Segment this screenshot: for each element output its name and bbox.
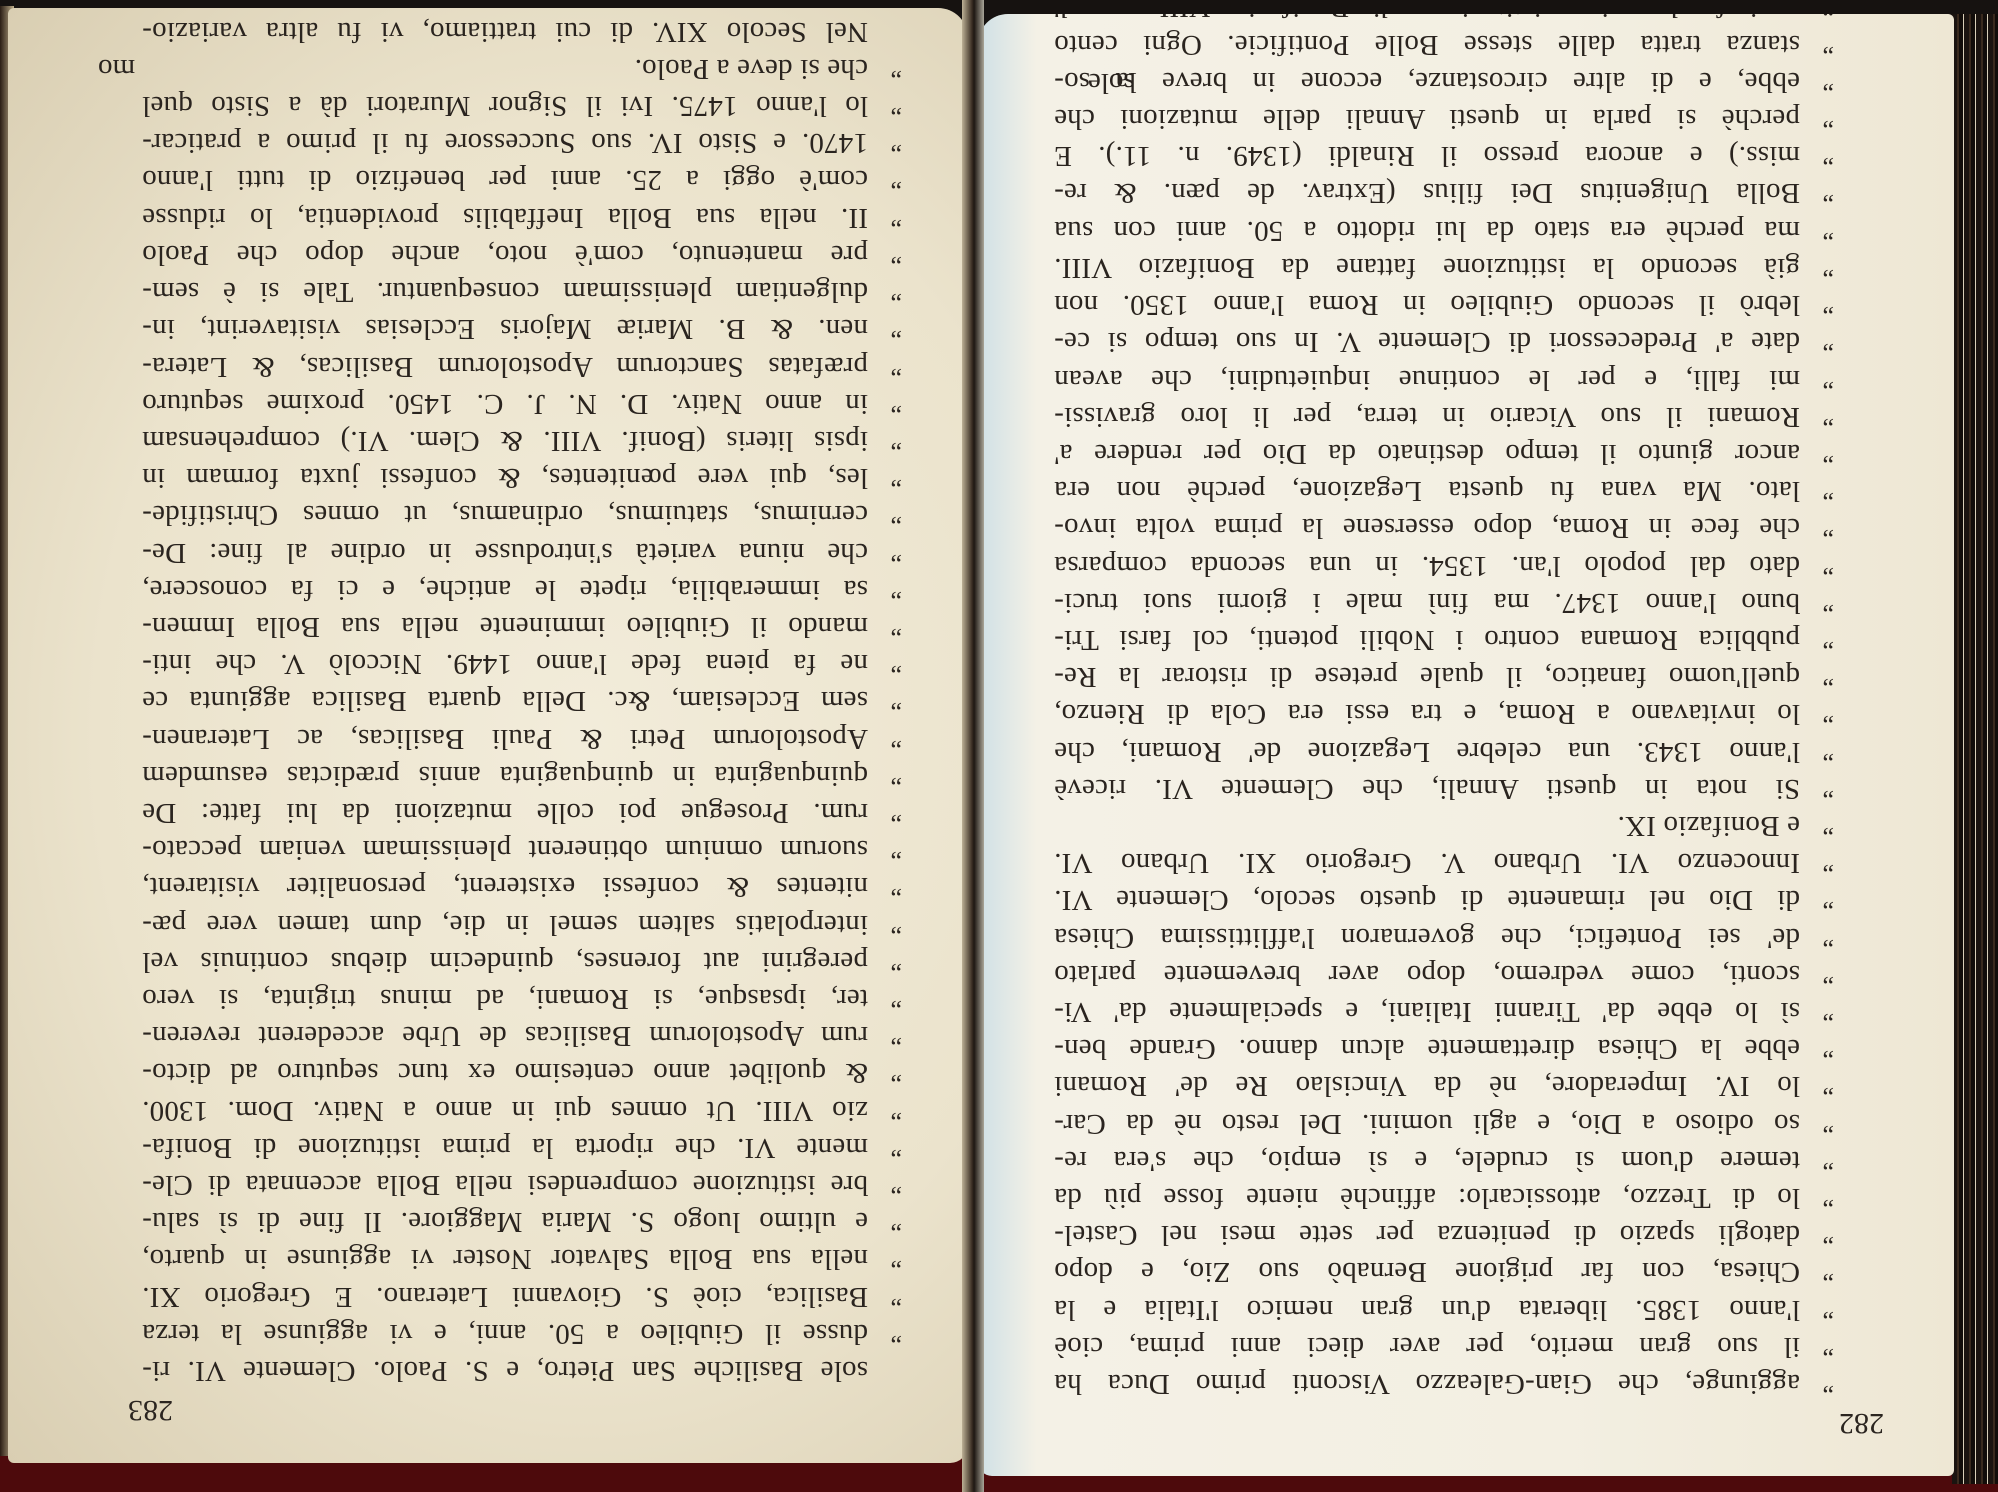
quote-mark: ” <box>1800 1179 1834 1216</box>
text-line: ”lo invitavano a Roma, e tra essi era Co… <box>1054 695 1834 732</box>
line-text: ter, ipsasque, si Romani, ad minus trigi… <box>142 980 868 1017</box>
line-text: quell'uomo fanatico, il quale pretese di… <box>1054 658 1800 695</box>
text-line: ”Bolla Unigenitus Dei filius (Extrav. de… <box>1054 174 1834 211</box>
quote-mark: ” <box>1800 174 1834 211</box>
line-text: sa immerabilia, ripete le antiche, e ci … <box>142 571 868 608</box>
catchword: sole <box>1088 66 1135 99</box>
text-line: ”lebrò il secondo Giubileo in Roma l'ann… <box>1054 286 1834 323</box>
line-text: ma perchè era stato da lui ridotto a 50.… <box>1054 212 1800 249</box>
line-text: ne fa piena fede l'anno 1449. Niccolò V.… <box>142 645 868 682</box>
line-text: buno l'anno 1347. ma finì male i giorni … <box>1054 584 1800 621</box>
quote-mark: ” <box>868 533 902 570</box>
text-line: ”aggiunge, che Gian-Galeazzo Visconti pr… <box>1054 1365 1834 1402</box>
text-line: ”Apostolorum Petri & Pauli Basilicas, ac… <box>142 719 902 756</box>
line-text: bre istituzione comprendesi nella Bolla … <box>142 1166 868 1203</box>
quote-mark: ” <box>868 1315 902 1352</box>
line-text: che fece in Roma, dopo essersene la prim… <box>1054 509 1800 546</box>
line-text: interpolatis saltem semel in die, dum ta… <box>142 905 868 942</box>
line-text: l'anno 1385. liberata d'un gran nemico l… <box>1054 1290 1800 1327</box>
line-text: e Bonifazio IX. <box>1054 807 1800 844</box>
quote-mark: ” <box>1800 286 1834 323</box>
line-text: perchè si parla in questi Annali delle m… <box>1054 100 1800 137</box>
text-line: ”sem Ecclesiam, &c. Della quarta Basilic… <box>142 682 902 719</box>
quote-mark: ” <box>1800 807 1834 844</box>
text-line: ”perchè si parla in questi Annali delle … <box>1054 100 1834 137</box>
quote-mark: ” <box>868 1091 902 1128</box>
quote-mark: ” <box>1800 1030 1834 1067</box>
quote-mark: ” <box>1800 546 1834 583</box>
text-line: ”dusse il Giubileo a 50. anni, e vi aggi… <box>142 1315 902 1352</box>
quote-mark: ” <box>1800 360 1834 397</box>
line-text: mando il Giubileo imminente nella sua Bo… <box>142 608 868 645</box>
text-line: ”quinquaginta in quinquaginta annis præd… <box>142 757 902 794</box>
line-text: Nel Secolo XIV. di cui trattiamo, vi fu … <box>142 12 868 49</box>
text-line: ”di Dio nel rimanente di questo secolo, … <box>1054 881 1834 918</box>
page-number: 283 <box>128 1393 173 1427</box>
line-text: lo l'anno 1475. Ivi il Signor Muratori d… <box>142 87 868 124</box>
text-line: ”nen. & B. Mariæ Majoris Ecclesias visit… <box>142 310 902 347</box>
quote-mark: ” <box>868 608 902 645</box>
quote-mark: ” <box>1800 509 1834 546</box>
quote-mark: ” <box>1800 435 1834 472</box>
quote-mark: ” <box>868 347 902 384</box>
quote-mark: ” <box>1800 14 1834 25</box>
text-line: ”mente VI. che riporta la prima istituzi… <box>142 1129 902 1166</box>
book-gutter <box>962 0 984 1492</box>
text-line: ”præfatas Sanctorum Apostolorum Basilica… <box>142 347 902 384</box>
text-line: ”sì lo ebbe da' Tiranni Italiani, e spec… <box>1054 993 1834 1030</box>
quote-mark: ” <box>868 1166 902 1203</box>
line-text: ne; ma non fu attesa da' Successori. Per… <box>142 8 868 12</box>
line-text: sem Ecclesiam, &c. Della quarta Basilica… <box>142 682 868 719</box>
quote-mark: ” <box>868 1277 902 1314</box>
text-line: ”Innocenzo VI. Urbano V. Gregorio XI. Ur… <box>1054 844 1834 881</box>
quote-mark: ” <box>868 868 902 905</box>
quote-mark: ” <box>1800 1290 1834 1327</box>
line-text: che niuna varietà s'introdusse in ordine… <box>142 533 868 570</box>
text-line: ”& quolibet anno centesimo ex tunc sequt… <box>142 1054 902 1091</box>
text-line: ”sa immerabilia, ripete le antiche, e ci… <box>142 571 902 608</box>
quote-mark: ” <box>1800 918 1834 955</box>
text-line: ”nella sua Bolla Salvator Noster vi aggi… <box>142 1240 902 1277</box>
text-line: ”quell'uomo fanatico, il quale pretese d… <box>1054 658 1834 695</box>
quote-mark: ” <box>1800 1104 1834 1141</box>
text-line: ”ebbe la Chiesa direttamente alcun danno… <box>1054 1030 1834 1067</box>
book-page-edges <box>1952 14 1998 1484</box>
line-text: anni fu la prima istituzione di Bonifazi… <box>1054 14 1800 25</box>
text-line: ”nitentes & confessi existerent, persona… <box>142 868 902 905</box>
line-text: ipsis literis (Bonif. VIII. & Clem. VI.)… <box>142 422 868 459</box>
text-line: ”e ultimo luogo S. Maria Maggiore. Il fi… <box>142 1203 902 1240</box>
line-text: nitentes & confessi existerent, personal… <box>142 868 868 905</box>
quote-mark: ” <box>868 1054 902 1091</box>
quote-mark: ” <box>868 719 902 756</box>
quote-mark: ” <box>1800 770 1834 807</box>
text-line: ”stanza tratta dalle stesse Bolle Pontif… <box>1054 25 1834 62</box>
quote-mark: ” <box>1800 844 1834 881</box>
line-text: dato dal popolo l'an. 1354. in una secon… <box>1054 546 1800 583</box>
quote-mark: ” <box>1800 1142 1834 1179</box>
text-line: ”suorum omnium obtinerent plenissimam ve… <box>142 831 902 868</box>
line-text: de' sei Pontefici, che governaron l'affl… <box>1054 918 1800 955</box>
line-text: ancor giunto il tempo destinato da Dio p… <box>1054 435 1800 472</box>
text-line: ”buno l'anno 1347. ma finì male i giorni… <box>1054 584 1834 621</box>
line-text: già secondo la istituzione fattane da Bo… <box>1054 249 1800 286</box>
quote-mark: ” <box>868 1240 902 1277</box>
quote-mark: ” <box>1800 63 1834 100</box>
text-line: ”in anno Nativ. D. N. J. C. 1450. proxim… <box>142 385 902 422</box>
text-line: ”sconti, come vedremo, dopo aver breveme… <box>1054 956 1834 993</box>
text-line: ”II. nella sua Bolla Ineffabilis provide… <box>142 199 902 236</box>
quote-mark: ” <box>868 87 902 124</box>
quote-mark <box>868 12 902 49</box>
text-line: ”lato. Ma vana fu questa Legazione, perc… <box>1054 472 1834 509</box>
line-text: cernimus, statuimus, ordinamus, ut omnes… <box>142 496 868 533</box>
text-line: ”de' sei Pontefici, che governaron l'aff… <box>1054 918 1834 955</box>
line-text: Si nota in questi Annali, che Clemente V… <box>1054 770 1800 807</box>
quote-mark: ” <box>868 1203 902 1240</box>
text-line: ”e Bonifazio IX. <box>1054 807 1834 844</box>
quote-mark: ” <box>1800 881 1834 918</box>
line-text: sconti, come vedremo, dopo aver brevemen… <box>1054 956 1800 993</box>
text-line: ”lo di Trezzo, attossicarlo: affinchè ni… <box>1054 1179 1834 1216</box>
quote-mark: ” <box>868 1129 902 1166</box>
text-line: ”Romani il suo Vicario in terra, per li … <box>1054 398 1834 435</box>
text-line: ”ancor giunto il tempo destinato da Dio … <box>1054 435 1834 472</box>
line-text: 1470. e Sisto IV. suo Successore fu il p… <box>142 124 868 161</box>
quote-mark: ” <box>868 757 902 794</box>
line-text: pubblica Romana contro i Nobili potenti,… <box>1054 621 1800 658</box>
quote-mark: ” <box>1800 1365 1834 1402</box>
quote-mark: ” <box>1800 695 1834 732</box>
line-text: sole Basiliche San Pietro, e S. Paolo. C… <box>142 1352 868 1389</box>
line-text: Basilica, cioè S. Giovanni Laterano. E G… <box>142 1277 868 1314</box>
text-line: ”miss.) e ancora presso il Rinaldi (1349… <box>1054 137 1834 174</box>
text-line: ”Basilica, cioè S. Giovanni Laterano. E … <box>142 1277 902 1314</box>
text-line: ”dato dal popolo l'an. 1354. in una seco… <box>1054 546 1834 583</box>
line-text: datogli spazio di penitenza per sette me… <box>1054 1216 1800 1253</box>
text-line: ”les, qui vere pœnitentes, & confessi ju… <box>142 459 902 496</box>
line-text: præfatas Sanctorum Apostolorum Basilicas… <box>142 347 868 384</box>
line-text: suorum omnium obtinerent plenissimam ven… <box>142 831 868 868</box>
text-line: ”interpolatis saltem semel in die, dum t… <box>142 905 902 942</box>
text-line: Nel Secolo XIV. di cui trattiamo, vi fu … <box>142 12 902 49</box>
line-text: com'è oggi a 25. anni per benefizio di t… <box>142 161 868 198</box>
line-text: e ultimo luogo S. Maria Maggiore. Il fin… <box>142 1203 868 1240</box>
line-text: lebrò il secondo Giubileo in Roma l'anno… <box>1054 286 1800 323</box>
text-line: ”che fece in Roma, dopo essersene la pri… <box>1054 509 1834 546</box>
line-text: mi falli, e per le continue inquietudini… <box>1054 360 1800 397</box>
text-line: ”ma perchè era stato da lui ridotto a 50… <box>1054 212 1834 249</box>
line-text: Bolla Unigenitus Dei filius (Extrav. de … <box>1054 174 1800 211</box>
quote-mark <box>868 1352 902 1389</box>
quote-mark: ” <box>868 50 902 87</box>
line-text: lo di Trezzo, attossicarlo: affinchè nie… <box>1054 1179 1800 1216</box>
line-text: lo IV. Imperadore, nè da Vincislao Re de… <box>1054 1067 1800 1104</box>
text-line: ”peregrini aut forenses, quindecim diebu… <box>142 943 902 980</box>
page-text-block: ”aggiunge, che Gian-Galeazzo Visconti pr… <box>1054 14 1834 1402</box>
quote-mark: ” <box>868 236 902 273</box>
text-line: ”l'anno 1385. liberata d'un gran nemico … <box>1054 1290 1834 1327</box>
line-text: lo invitavano a Roma, e tra essi era Col… <box>1054 695 1800 732</box>
quote-mark: ” <box>1800 658 1834 695</box>
line-text: ebbe la Chiesa direttamente alcun danno.… <box>1054 1030 1800 1067</box>
quote-mark: ” <box>1800 621 1834 658</box>
quote-mark: ” <box>1800 398 1834 435</box>
line-text: rum. Prosegue poi colle mutazioni da lui… <box>142 794 868 831</box>
text-line: ”lo l'anno 1475. Ivi il Signor Muratori … <box>142 87 902 124</box>
quote-mark: ” <box>868 943 902 980</box>
quote-mark: ” <box>868 571 902 608</box>
right-page: 282 ”aggiunge, che Gian-Galeazzo Viscont… <box>978 14 1954 1476</box>
quote-mark: ” <box>1800 1328 1834 1365</box>
text-line: ”rum. Prosegue poi colle mutazioni da lu… <box>142 794 902 831</box>
text-line: ”Chiesa, con far prigione Bernabò suo Zi… <box>1054 1253 1834 1290</box>
text-line: ”ipsis literis (Bonif. VIII. & Clem. VI.… <box>142 422 902 459</box>
text-line: ”zio VIII. Ut omnes qui in anno a Nativ.… <box>142 1091 902 1128</box>
page-number: 282 <box>1839 1406 1884 1440</box>
line-text: che si deve a Paolo. <box>142 50 868 87</box>
quote-mark: ” <box>868 310 902 347</box>
line-text: di Dio nel rimanente di questo secolo, C… <box>1054 881 1800 918</box>
text-line: ”temere d'uom sì crudele, e sì empio, ch… <box>1054 1142 1834 1179</box>
line-text: dulgentiam plenissimam consequantur. Tal… <box>142 273 868 310</box>
text-line: ”pubblica Romana contro i Nobili potenti… <box>1054 621 1834 658</box>
line-text: peregrini aut forenses, quindecim diebus… <box>142 943 868 980</box>
line-text: zio VIII. Ut omnes qui in anno a Nativ. … <box>142 1091 868 1128</box>
text-line: ”l'anno 1343. una celebre Legazione de' … <box>1054 732 1834 769</box>
text-line: ”datogli spazio di penitenza per sette m… <box>1054 1216 1834 1253</box>
quote-mark: ” <box>868 682 902 719</box>
line-text: les, qui vere pœnitentes, & confessi jux… <box>142 459 868 496</box>
line-text: pre mantenuto, com'è noto, anche dopo ch… <box>142 236 868 273</box>
text-line: sole Basiliche San Pietro, e S. Paolo. C… <box>142 1352 902 1389</box>
text-line: ”che si deve a Paolo. <box>142 50 902 87</box>
quote-mark: ” <box>868 8 902 12</box>
text-line: ”bre istituzione comprendesi nella Bolla… <box>142 1166 902 1203</box>
quote-mark: ” <box>868 385 902 422</box>
quote-mark: ” <box>868 645 902 682</box>
text-line: ”dulgentiam plenissimam consequantur. Ta… <box>142 273 902 310</box>
quote-mark: ” <box>1800 584 1834 621</box>
text-line: ”che niuna varietà s'introdusse in ordin… <box>142 533 902 570</box>
line-text: mente VI. che riporta la prima istituzio… <box>142 1129 868 1166</box>
quote-mark: ” <box>1800 732 1834 769</box>
line-text: II. nella sua Bolla Ineffabilis providen… <box>142 199 868 236</box>
line-text: nella sua Bolla Salvator Noster vi aggiu… <box>142 1240 868 1277</box>
line-text: date a' Predecessori di Clemente V. In s… <box>1054 323 1800 360</box>
line-text: aggiunge, che Gian-Galeazzo Visconti pri… <box>1054 1365 1800 1402</box>
quote-mark: ” <box>1800 956 1834 993</box>
line-text: Chiesa, con far prigione Bernabò suo Zio… <box>1054 1253 1800 1290</box>
line-text: in anno Nativ. D. N. J. C. 1450. proxime… <box>142 385 868 422</box>
quote-mark: ” <box>868 273 902 310</box>
line-text: temere d'uom sì crudele, e sì empio, che… <box>1054 1142 1800 1179</box>
quote-mark: ” <box>868 980 902 1017</box>
line-text: nen. & B. Mariæ Majoris Ecclesias visita… <box>142 310 868 347</box>
quote-mark: ” <box>1800 323 1834 360</box>
text-line: ”so odioso a Dio, e agli uomini. Del res… <box>1054 1104 1834 1141</box>
quote-mark: ” <box>1800 1253 1834 1290</box>
quote-mark: ” <box>1800 212 1834 249</box>
text-line: ”già secondo la istituzione fattane da B… <box>1054 249 1834 286</box>
quote-mark: ” <box>868 1017 902 1054</box>
text-line: ”anni fu la prima istituzione di Bonifaz… <box>1054 14 1834 25</box>
line-text: l'anno 1343. una celebre Legazione de' R… <box>1054 732 1800 769</box>
line-text: Innocenzo VI. Urbano V. Gregorio XI. Urb… <box>1054 844 1800 881</box>
line-text: Romani il suo Vicario in terra, per li l… <box>1054 398 1800 435</box>
text-line: ”lo IV. Imperadore, nè da Vincislao Re d… <box>1054 1067 1834 1104</box>
quote-mark: ” <box>868 199 902 236</box>
line-text: so odioso a Dio, e agli uomini. Del rest… <box>1054 1104 1800 1141</box>
text-line: ”cernimus, statuimus, ordinamus, ut omne… <box>142 496 902 533</box>
line-text: Apostolorum Petri & Pauli Basilicas, ac … <box>142 719 868 756</box>
quote-mark: ” <box>868 496 902 533</box>
quote-mark: ” <box>1800 1216 1834 1253</box>
line-text: rum Apostolorum Basilicas de Urbe accede… <box>142 1017 868 1054</box>
line-text: dusse il Giubileo a 50. anni, e vi aggiu… <box>142 1315 868 1352</box>
text-line: ”il suo gran merito, per aver dieci anni… <box>1054 1328 1834 1365</box>
quote-mark: ” <box>868 161 902 198</box>
quote-mark: ” <box>868 124 902 161</box>
quote-mark: ” <box>1800 25 1834 62</box>
catchword: mo <box>98 52 135 85</box>
line-text: miss.) e ancora presso il Rinaldi (1349.… <box>1054 137 1800 174</box>
text-line: ”mi falli, e per le continue inquietudin… <box>1054 360 1834 397</box>
quote-mark: ” <box>868 794 902 831</box>
text-line: ”1470. e Sisto IV. suo Successore fu il … <box>142 124 902 161</box>
line-text: stanza tratta dalle stesse Bolle Pontifi… <box>1054 25 1800 62</box>
text-line: ”Si nota in questi Annali, che Clemente … <box>1054 770 1834 807</box>
text-line: ”ne; ma non fu attesa da' Successori. Pe… <box>142 8 902 12</box>
text-line: ”ter, ipsasque, si Romani, ad minus trig… <box>142 980 902 1017</box>
quote-mark: ” <box>1800 1067 1834 1104</box>
text-line: ”mando il Giubileo imminente nella sua B… <box>142 608 902 645</box>
quote-mark: ” <box>1800 249 1834 286</box>
quote-mark: ” <box>868 905 902 942</box>
text-line: ”com'è oggi a 25. anni per benefizio di … <box>142 161 902 198</box>
line-text: ebbe, e di altre circostanze, eccone in … <box>1054 63 1800 100</box>
text-line: ”ne fa piena fede l'anno 1449. Niccolò V… <box>142 645 902 682</box>
quote-mark: ” <box>1800 993 1834 1030</box>
quote-mark: ” <box>1800 137 1834 174</box>
text-line: ”date a' Predecessori di Clemente V. In … <box>1054 323 1834 360</box>
line-text: lato. Ma vana fu questa Legazione, perch… <box>1054 472 1800 509</box>
line-text: quinquaginta in quinquaginta annis prædi… <box>142 757 868 794</box>
text-line: ”pre mantenuto, com'è noto, anche dopo c… <box>142 236 902 273</box>
quote-mark: ” <box>868 831 902 868</box>
line-text: & quolibet anno centesimo ex tunc sequtu… <box>142 1054 868 1091</box>
line-text: il suo gran merito, per aver dieci anni … <box>1054 1328 1800 1365</box>
page-text-block: sole Basiliche San Pietro, e S. Paolo. C… <box>142 8 902 1389</box>
line-text: sì lo ebbe da' Tiranni Italiani, e speci… <box>1054 993 1800 1030</box>
text-line: ”rum Apostolorum Basilicas de Urbe acced… <box>142 1017 902 1054</box>
quote-mark: ” <box>868 459 902 496</box>
left-page: 283 sole Basiliche San Pietro, e S. Paol… <box>8 8 968 1463</box>
text-line: ”ebbe, e di altre circostanze, eccone in… <box>1054 63 1834 100</box>
quote-mark: ” <box>868 422 902 459</box>
quote-mark: ” <box>1800 472 1834 509</box>
quote-mark: ” <box>1800 100 1834 137</box>
